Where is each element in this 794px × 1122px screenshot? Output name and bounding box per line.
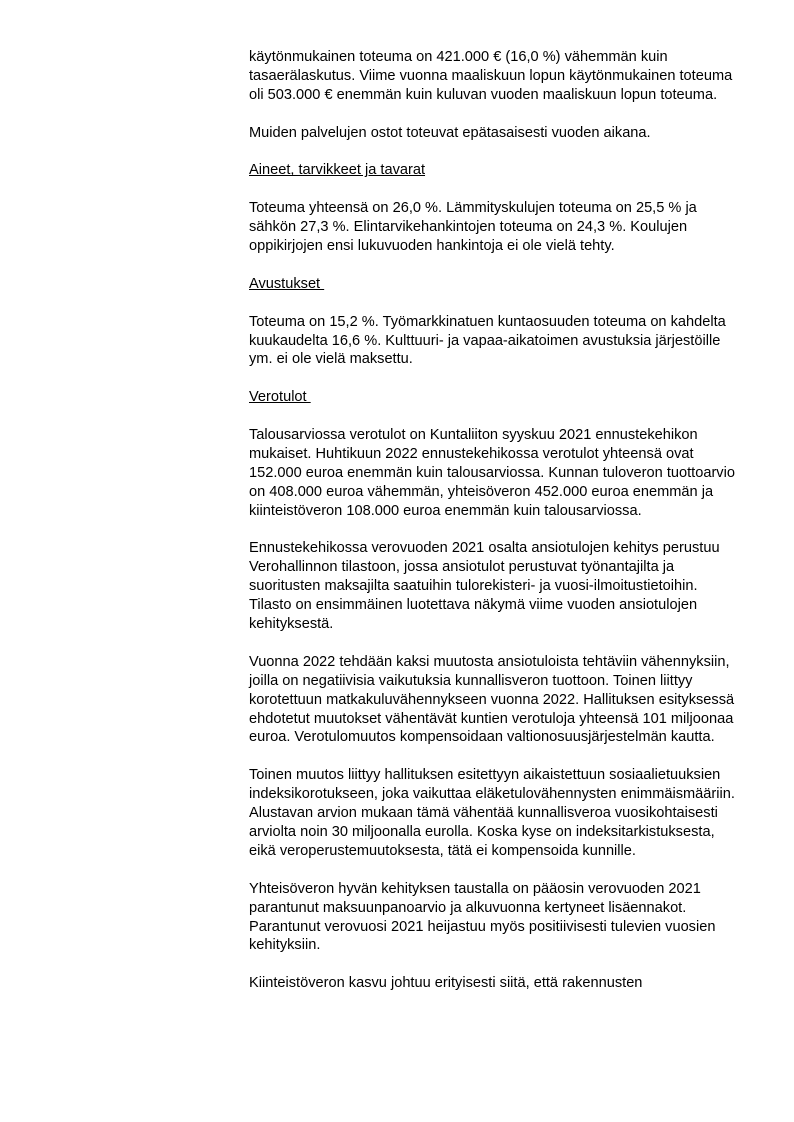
paragraph-aineet-toteuma: Toteuma yhteensä on 26,0 %. Lämmityskulu… xyxy=(249,199,739,256)
heading-verotulot: Verotulot xyxy=(249,388,739,407)
heading-avustukset: Avustukset xyxy=(249,275,739,294)
paragraph-muiden-palvelujen-ostot: Muiden palvelujen ostot toteuvat epätasa… xyxy=(249,124,739,143)
paragraph-vahennysmuutokset: Vuonna 2022 tehdään kaksi muutosta ansio… xyxy=(249,653,739,748)
heading-aineet-tarvikkeet: Aineet, tarvikkeet ja tavarat xyxy=(249,161,739,180)
paragraph-talousarvio-verotulot: Talousarviossa verotulot on Kuntaliiton … xyxy=(249,426,739,521)
document-page: käytönmukainen toteuma on 421.000 € (16,… xyxy=(249,48,739,1012)
paragraph-yhteisovero: Yhteisöveron hyvän kehityksen taustalla … xyxy=(249,880,739,956)
paragraph-kayttototeuma: käytönmukainen toteuma on 421.000 € (16,… xyxy=(249,48,739,105)
paragraph-kiinteistovero: Kiinteistöveron kasvu johtuu erityisesti… xyxy=(249,974,739,993)
paragraph-indeksikorotus: Toinen muutos liittyy hallituksen esitet… xyxy=(249,766,739,861)
paragraph-ennustekehikko: Ennustekehikossa verovuoden 2021 osalta … xyxy=(249,539,739,634)
paragraph-avustukset-toteuma: Toteuma on 15,2 %. Työmarkkinatuen kunta… xyxy=(249,313,739,370)
